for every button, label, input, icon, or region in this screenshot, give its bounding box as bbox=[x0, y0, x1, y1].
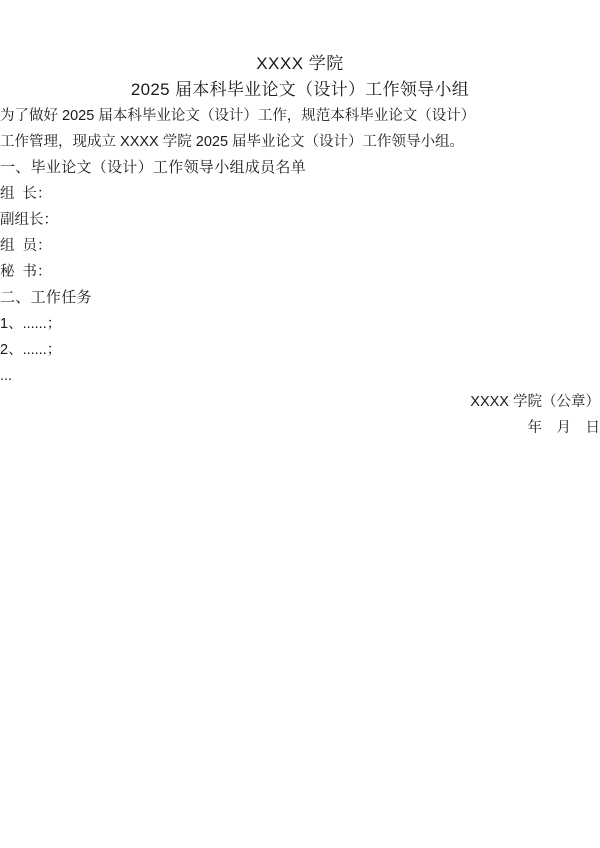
document-title: XXXX 学院 bbox=[0, 51, 600, 77]
signature-org: XXXX 学院（公章） bbox=[0, 389, 600, 415]
task-item-ellipsis: ... bbox=[0, 363, 600, 389]
intro-paragraph-line-2: 工作管理，现成立 XXXX 学院 2025 届毕业论文（设计）工作领导小组。 bbox=[0, 129, 600, 155]
intro-paragraph-line-1: 为了做好 2025 届本科毕业论文（设计）工作，规范本科毕业论文（设计） bbox=[0, 103, 600, 129]
signature-date: 年 月 日 bbox=[0, 415, 600, 441]
member-role-group-leader: 组 长： bbox=[0, 181, 600, 207]
member-role-member: 组 员： bbox=[0, 233, 600, 259]
task-list: 1、......； 2、......； ... bbox=[0, 311, 600, 389]
document-page: XXXX 学院 2025 届本科毕业论文（设计）工作领导小组 为了做好 2025… bbox=[0, 0, 600, 848]
document-subtitle: 2025 届本科毕业论文（设计）工作领导小组 bbox=[0, 77, 600, 103]
section-1-heading: 一、毕业论文（设计）工作领导小组成员名单 bbox=[0, 155, 600, 181]
member-role-deputy-leader: 副组长： bbox=[0, 207, 600, 233]
task-item-1: 1、......； bbox=[0, 311, 600, 337]
member-role-secretary: 秘 书： bbox=[0, 259, 600, 285]
member-list: 组 长： 副组长： 组 员： 秘 书： bbox=[0, 181, 600, 285]
section-2-heading: 二、工作任务 bbox=[0, 285, 600, 311]
task-item-2: 2、......； bbox=[0, 337, 600, 363]
